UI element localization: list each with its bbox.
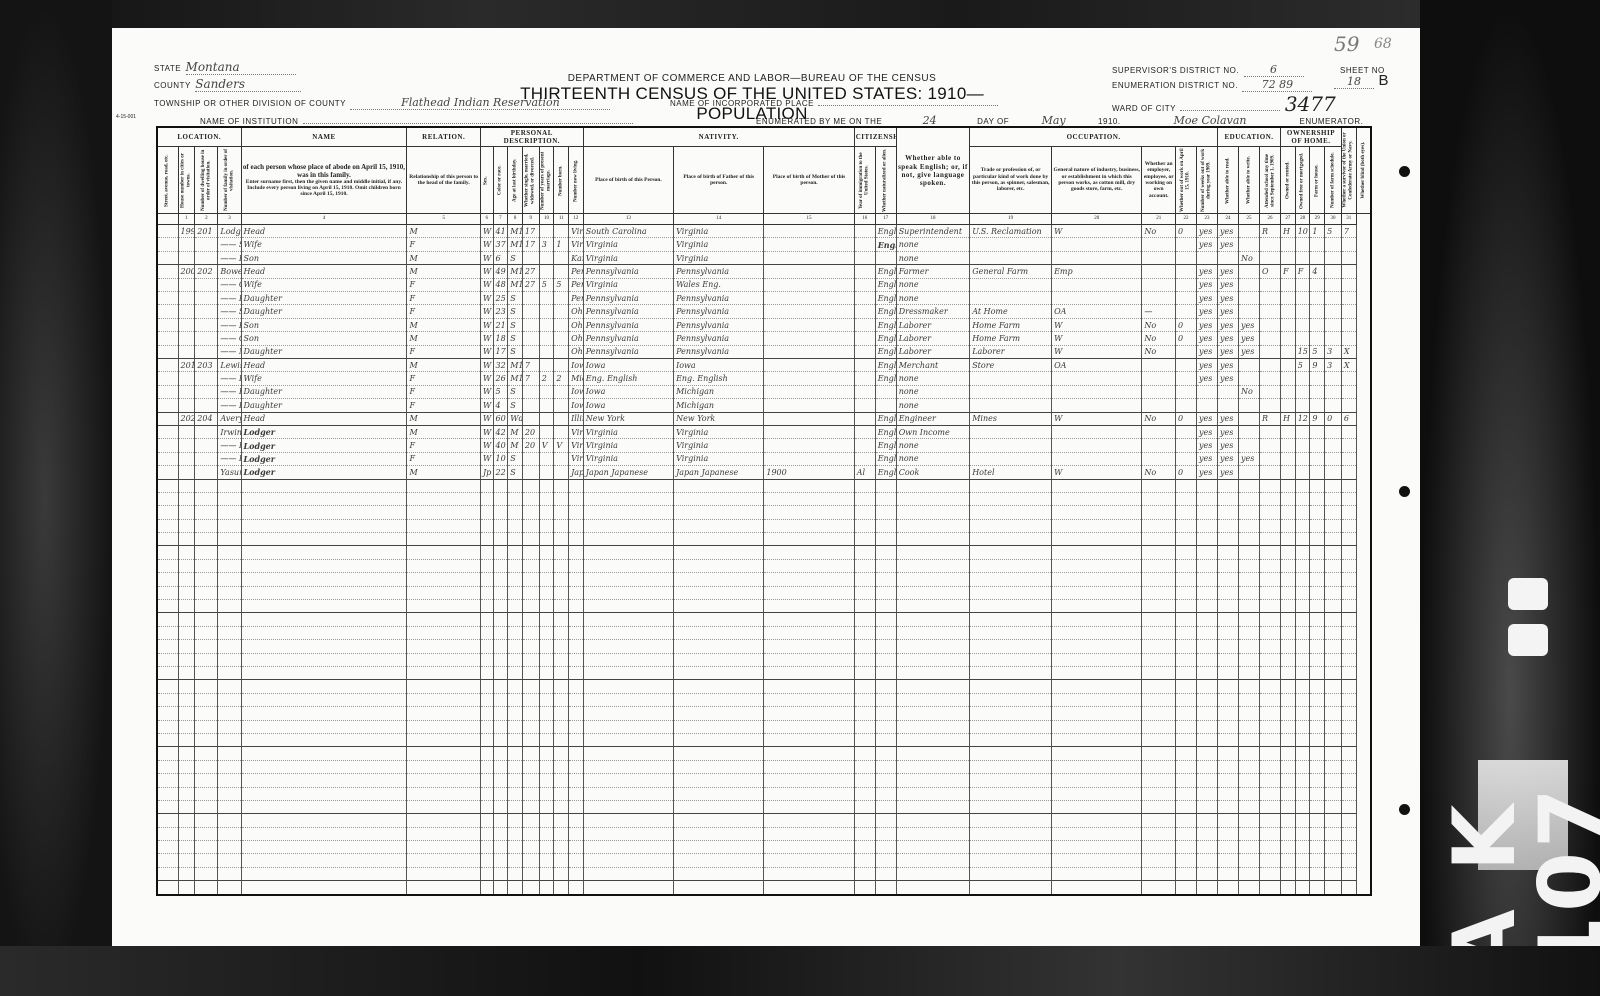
empty-cell bbox=[896, 479, 970, 492]
born-cell bbox=[539, 265, 554, 278]
empty-cell bbox=[1052, 613, 1142, 626]
empty-cell bbox=[583, 787, 673, 800]
farm-cell bbox=[1295, 305, 1310, 318]
own-cell bbox=[1260, 318, 1281, 331]
empty-cell bbox=[1175, 814, 1196, 827]
empty-cell bbox=[522, 854, 539, 867]
nat-cell bbox=[854, 439, 875, 452]
empty-cell bbox=[896, 881, 970, 895]
empty-cell bbox=[854, 867, 875, 880]
empty-cell bbox=[407, 492, 481, 505]
table-row: 62—— RoseWifeFW26M1722MichiganEng. Engli… bbox=[157, 372, 1371, 385]
living-cell bbox=[554, 332, 569, 345]
empty-cell bbox=[539, 854, 554, 867]
imm-cell bbox=[764, 318, 854, 331]
empty-cell bbox=[674, 800, 764, 813]
empty-cell bbox=[1142, 707, 1176, 720]
read-cell: yes bbox=[1196, 238, 1217, 251]
imm-cell bbox=[764, 399, 854, 412]
empty-cell bbox=[508, 680, 523, 693]
emp-cell bbox=[1052, 399, 1142, 412]
empty-cell bbox=[1218, 867, 1239, 880]
empty-cell bbox=[970, 733, 1052, 746]
empty-cell bbox=[554, 519, 569, 532]
empty-cell bbox=[195, 733, 218, 746]
relation-cell: Wife bbox=[241, 372, 407, 385]
empty-cell bbox=[407, 479, 481, 492]
empty-cell bbox=[539, 733, 554, 746]
ow-cell: — bbox=[1142, 305, 1176, 318]
empty-cell bbox=[1260, 600, 1281, 613]
years-cell bbox=[522, 318, 539, 331]
empty-cell bbox=[493, 720, 508, 733]
empty-row: 9393 bbox=[157, 787, 1371, 800]
empty-cell bbox=[1260, 519, 1281, 532]
relation-cell: Head bbox=[241, 412, 407, 425]
empty-cell bbox=[1196, 707, 1217, 720]
empty-cell bbox=[480, 506, 493, 519]
empty-cell: 71 bbox=[157, 492, 178, 505]
imm-cell bbox=[764, 452, 854, 465]
ow-cell bbox=[1142, 439, 1176, 452]
empty-cell bbox=[178, 707, 195, 720]
header-street: Street, avenue, road, etc. bbox=[157, 147, 178, 214]
write-cell: yes bbox=[1218, 466, 1239, 479]
header-employer: Whether an employer, employee, or workin… bbox=[1142, 147, 1176, 214]
empty-cell bbox=[195, 626, 218, 639]
farm-cell bbox=[1295, 278, 1310, 291]
empty-cell: 70 bbox=[1341, 479, 1356, 492]
lang-cell: English bbox=[875, 332, 896, 345]
father-cell: Pennsylvania bbox=[583, 345, 673, 358]
relation-cell: Daughter bbox=[241, 345, 407, 358]
nat-cell bbox=[854, 452, 875, 465]
empty-cell bbox=[1196, 680, 1217, 693]
read-cell: yes bbox=[1196, 359, 1217, 372]
emp-cell: W bbox=[1052, 345, 1142, 358]
header-relation: Relationship of this person to the head … bbox=[407, 147, 481, 214]
family-cell bbox=[195, 466, 218, 479]
empty-cell bbox=[1175, 479, 1196, 492]
empty-cell bbox=[1218, 533, 1239, 546]
living-cell: 2 bbox=[554, 372, 569, 385]
empty-cell bbox=[1052, 733, 1142, 746]
empty-cell bbox=[1175, 827, 1196, 840]
empty-cell bbox=[1196, 519, 1217, 532]
birth-cell: Japan Japanese bbox=[569, 466, 584, 479]
empty-cell bbox=[493, 653, 508, 666]
empty-cell bbox=[1295, 519, 1310, 532]
empty-cell: 72 bbox=[1341, 506, 1356, 519]
empty-cell bbox=[1325, 760, 1342, 773]
empty-cell bbox=[970, 693, 1052, 706]
race-cell: W bbox=[480, 345, 493, 358]
empty-cell bbox=[1175, 841, 1196, 854]
empty-row: 9696 bbox=[157, 827, 1371, 840]
empty-cell: 84 bbox=[1341, 666, 1356, 679]
empty-cell bbox=[854, 626, 875, 639]
empty-cell bbox=[407, 747, 481, 760]
marital-cell: S bbox=[508, 292, 523, 305]
empty-cell bbox=[896, 653, 970, 666]
write-cell: yes bbox=[1218, 452, 1239, 465]
years-cell bbox=[522, 345, 539, 358]
empty-cell bbox=[522, 787, 539, 800]
dwelling-cell bbox=[178, 318, 195, 331]
empty-cell bbox=[178, 533, 195, 546]
empty-cell bbox=[583, 613, 673, 626]
ow-cell bbox=[1142, 399, 1176, 412]
mother-cell: Virginia bbox=[674, 425, 764, 438]
empty-cell bbox=[854, 800, 875, 813]
empty-cell: 73 bbox=[157, 519, 178, 532]
years-cell: 20 bbox=[522, 439, 539, 452]
lang-cell: English bbox=[875, 345, 896, 358]
family-cell bbox=[195, 399, 218, 412]
group-location: LOCATION. bbox=[157, 127, 241, 147]
empty-cell bbox=[1239, 680, 1260, 693]
street-cell: 58 bbox=[157, 318, 178, 331]
years-cell: 27 bbox=[522, 278, 539, 291]
empty-cell bbox=[1281, 854, 1296, 867]
empty-cell bbox=[1142, 693, 1176, 706]
empty-cell bbox=[1239, 653, 1260, 666]
race-cell: W bbox=[480, 292, 493, 305]
mort-cell bbox=[1281, 305, 1296, 318]
relation-cell: Lodger bbox=[241, 439, 407, 452]
empty-cell bbox=[522, 506, 539, 519]
empty-cell bbox=[1281, 787, 1296, 800]
empty-cell bbox=[493, 814, 508, 827]
empty-cell bbox=[569, 774, 584, 787]
empty-cell: 82 bbox=[1341, 640, 1356, 653]
ow-cell bbox=[1142, 278, 1176, 291]
imm-cell bbox=[764, 305, 854, 318]
empty-cell bbox=[583, 626, 673, 639]
table-row: 69Yasunaga, Y.LodgerMJp22SJapan Japanese… bbox=[157, 466, 1371, 479]
empty-cell bbox=[508, 800, 523, 813]
empty-cell bbox=[1175, 533, 1196, 546]
empty-cell bbox=[1142, 814, 1176, 827]
industry-cell bbox=[970, 278, 1052, 291]
empty-cell bbox=[195, 613, 218, 626]
father-cell: Virginia bbox=[583, 251, 673, 264]
empty-cell bbox=[195, 506, 218, 519]
industry-cell: U.S. Reclamation bbox=[970, 225, 1052, 238]
header-blind: Whether blind (both eyes). bbox=[1356, 127, 1371, 214]
living-cell bbox=[554, 412, 569, 425]
empty-cell bbox=[569, 841, 584, 854]
column-number-row: 1234567891011121314151617181920212223242… bbox=[157, 214, 1371, 225]
empty-cell bbox=[218, 600, 241, 613]
header-industry: General nature of industry, business, or… bbox=[1052, 147, 1142, 214]
empty-cell bbox=[1260, 760, 1281, 773]
farm-cell bbox=[1295, 452, 1310, 465]
imm-cell bbox=[764, 251, 854, 264]
empty-cell bbox=[875, 867, 896, 880]
empty-cell bbox=[539, 479, 554, 492]
empty-cell bbox=[178, 586, 195, 599]
empty-cell bbox=[1142, 586, 1176, 599]
stamp-number: 59 bbox=[1334, 32, 1359, 56]
father-cell: Iowa bbox=[583, 385, 673, 398]
empty-cell bbox=[522, 774, 539, 787]
empty-cell bbox=[508, 733, 523, 746]
sched-cell: 1 bbox=[1310, 225, 1325, 238]
empty-cell bbox=[522, 680, 539, 693]
birth-cell: Pennsylvania bbox=[569, 292, 584, 305]
empty-cell bbox=[1260, 787, 1281, 800]
empty-cell bbox=[508, 760, 523, 773]
mort-cell bbox=[1281, 466, 1296, 479]
empty-cell bbox=[554, 559, 569, 572]
lang-cell: English bbox=[875, 425, 896, 438]
empty-cell bbox=[970, 519, 1052, 532]
empty-cell bbox=[1281, 533, 1296, 546]
empty-cell bbox=[569, 519, 584, 532]
empty-cell bbox=[1142, 774, 1176, 787]
empty-cell bbox=[1052, 666, 1142, 679]
empty-cell bbox=[508, 492, 523, 505]
empty-cell bbox=[1175, 760, 1196, 773]
empty-cell bbox=[583, 640, 673, 653]
mort-cell bbox=[1281, 439, 1296, 452]
empty-cell bbox=[583, 653, 673, 666]
empty-cell bbox=[1295, 814, 1310, 827]
empty-cell bbox=[875, 760, 896, 773]
empty-cell bbox=[1295, 854, 1310, 867]
relation-cell: Daughter bbox=[241, 305, 407, 318]
column-number: 26 bbox=[1260, 214, 1281, 225]
vet-cell bbox=[1325, 292, 1342, 305]
father-cell: Pennsylvania bbox=[583, 265, 673, 278]
blind-cell: 66 bbox=[1341, 425, 1356, 438]
empty-cell bbox=[1175, 720, 1196, 733]
empty-cell bbox=[195, 546, 218, 559]
empty-cell bbox=[407, 800, 481, 813]
sched-cell bbox=[1310, 318, 1325, 331]
empty-row: 7171 bbox=[157, 492, 1371, 505]
header-immigration: Year of immigration to the United States… bbox=[854, 147, 875, 214]
empty-cell bbox=[539, 814, 554, 827]
empty-cell bbox=[1239, 827, 1260, 840]
nat-cell: Al bbox=[854, 466, 875, 479]
empty-cell bbox=[854, 720, 875, 733]
wk-cell: 0 bbox=[1175, 332, 1196, 345]
birth-cell: Virginia bbox=[569, 425, 584, 438]
school-cell bbox=[1239, 466, 1260, 479]
born-cell bbox=[539, 251, 554, 264]
empty-cell bbox=[569, 600, 584, 613]
empty-cell bbox=[1310, 653, 1325, 666]
empty-cell bbox=[1260, 747, 1281, 760]
empty-cell bbox=[1052, 787, 1142, 800]
empty-cell bbox=[407, 533, 481, 546]
column-number: 12 bbox=[569, 214, 584, 225]
write-cell: yes bbox=[1218, 345, 1239, 358]
empty-cell bbox=[674, 533, 764, 546]
birth-cell: Pennsylvania bbox=[569, 265, 584, 278]
dwelling-cell bbox=[178, 372, 195, 385]
department-heading: DEPARTMENT OF COMMERCE AND LABOR—BUREAU … bbox=[472, 73, 1032, 84]
farm-cell: F bbox=[1295, 265, 1310, 278]
born-cell bbox=[539, 359, 554, 372]
empty-cell bbox=[1175, 653, 1196, 666]
emp-cell bbox=[1052, 292, 1142, 305]
empty-cell bbox=[569, 881, 584, 895]
empty-cell bbox=[480, 519, 493, 532]
header-years-married: Number of years of present marriage. bbox=[539, 147, 554, 214]
empty-cell bbox=[522, 492, 539, 505]
column-number bbox=[157, 214, 178, 225]
empty-cell bbox=[1310, 774, 1325, 787]
dwelling-cell: 201 bbox=[178, 359, 195, 372]
father-cell: Virginia bbox=[583, 439, 673, 452]
empty-cell bbox=[1142, 573, 1176, 586]
industry-cell bbox=[970, 292, 1052, 305]
county-field: County Sanders bbox=[154, 75, 301, 93]
empty-cell bbox=[480, 640, 493, 653]
empty-cell bbox=[493, 733, 508, 746]
empty-cell bbox=[508, 827, 523, 840]
blind-cell: 59 bbox=[1341, 332, 1356, 345]
empty-cell bbox=[195, 854, 218, 867]
empty-cell bbox=[1175, 492, 1196, 505]
empty-cell bbox=[970, 827, 1052, 840]
empty-cell bbox=[508, 653, 523, 666]
empty-cell bbox=[1052, 559, 1142, 572]
imm-cell bbox=[764, 238, 854, 251]
name-cell: —— Benj. bbox=[218, 251, 241, 264]
empty-cell bbox=[1310, 573, 1325, 586]
empty-cell bbox=[1281, 666, 1296, 679]
dwelling-cell bbox=[178, 439, 195, 452]
read-cell: yes bbox=[1196, 425, 1217, 438]
write-cell: yes bbox=[1218, 225, 1239, 238]
empty-cell bbox=[1218, 680, 1239, 693]
father-cell: Virginia bbox=[583, 425, 673, 438]
empty-cell bbox=[1281, 546, 1296, 559]
own-cell bbox=[1260, 452, 1281, 465]
empty-cell bbox=[1281, 733, 1296, 746]
write-cell bbox=[1218, 399, 1239, 412]
enumerator-label: Enumerator. bbox=[1299, 117, 1363, 126]
empty-cell bbox=[1295, 707, 1310, 720]
empty-cell bbox=[875, 613, 896, 626]
race-cell: W bbox=[480, 278, 493, 291]
empty-cell bbox=[1310, 600, 1325, 613]
empty-cell bbox=[554, 680, 569, 693]
empty-cell bbox=[195, 653, 218, 666]
empty-cell bbox=[1218, 800, 1239, 813]
industry-cell bbox=[970, 452, 1052, 465]
born-cell bbox=[539, 385, 554, 398]
empty-cell bbox=[1218, 626, 1239, 639]
own-cell bbox=[1260, 305, 1281, 318]
empty-cell bbox=[1239, 546, 1260, 559]
empty-cell bbox=[1239, 867, 1260, 880]
empty-cell bbox=[407, 653, 481, 666]
empty-cell bbox=[896, 827, 970, 840]
sex-cell: F bbox=[407, 372, 481, 385]
trade-cell: none bbox=[896, 452, 970, 465]
empty-cell bbox=[1295, 546, 1310, 559]
father-cell: New York bbox=[583, 412, 673, 425]
empty-cell bbox=[674, 626, 764, 639]
empty-cell: 84 bbox=[157, 666, 178, 679]
incorporated-place-label: Name of incorporated place bbox=[670, 99, 814, 108]
empty-cell: 90 bbox=[157, 747, 178, 760]
dwelling-cell bbox=[178, 238, 195, 251]
race-cell: W bbox=[480, 225, 493, 238]
empty-cell bbox=[218, 841, 241, 854]
read-cell: yes bbox=[1196, 225, 1217, 238]
age-cell: 42 bbox=[493, 425, 508, 438]
empty-cell bbox=[480, 747, 493, 760]
empty-cell bbox=[896, 626, 970, 639]
empty-cell bbox=[674, 680, 764, 693]
header-birth-person: Place of birth of this Person. bbox=[583, 147, 673, 214]
empty-cell bbox=[1295, 760, 1310, 773]
empty-cell bbox=[1142, 519, 1176, 532]
own-cell bbox=[1260, 439, 1281, 452]
column-number: 8 bbox=[508, 214, 523, 225]
empty-cell bbox=[480, 653, 493, 666]
wk-cell: 0 bbox=[1175, 466, 1196, 479]
born-cell bbox=[539, 452, 554, 465]
empty-cell bbox=[896, 519, 970, 532]
street-cell: 57 bbox=[157, 305, 178, 318]
empty-cell bbox=[493, 760, 508, 773]
empty-cell bbox=[1218, 519, 1239, 532]
group-citizenship: CITIZENSHIP. bbox=[854, 127, 896, 147]
blind-cell: 52 bbox=[1341, 238, 1356, 251]
dwelling-cell bbox=[178, 466, 195, 479]
empty-cell bbox=[480, 573, 493, 586]
empty-cell bbox=[480, 854, 493, 867]
wk-cell bbox=[1175, 359, 1196, 372]
empty-cell bbox=[1260, 626, 1281, 639]
empty-cell bbox=[875, 693, 896, 706]
empty-cell bbox=[493, 613, 508, 626]
years-cell: 20 bbox=[522, 425, 539, 438]
marital-cell: S bbox=[508, 345, 523, 358]
column-number: 6 bbox=[480, 214, 493, 225]
dwelling-cell bbox=[178, 385, 195, 398]
vet-cell bbox=[1325, 318, 1342, 331]
empty-cell bbox=[875, 881, 896, 895]
empty-cell bbox=[1295, 747, 1310, 760]
empty-cell bbox=[178, 774, 195, 787]
empty-cell bbox=[522, 827, 539, 840]
empty-cell bbox=[241, 814, 407, 827]
empty-cell bbox=[1052, 680, 1142, 693]
dwelling-cell bbox=[178, 278, 195, 291]
empty-cell bbox=[1325, 693, 1342, 706]
empty-cell bbox=[1295, 506, 1310, 519]
empty-cell bbox=[178, 506, 195, 519]
years-cell bbox=[522, 332, 539, 345]
empty-cell bbox=[569, 586, 584, 599]
empty-cell bbox=[1325, 479, 1342, 492]
empty-cell bbox=[241, 881, 407, 895]
empty-cell bbox=[674, 760, 764, 773]
born-cell bbox=[539, 412, 554, 425]
group-ownership: OWNERSHIP OF HOME. bbox=[1281, 127, 1342, 147]
table-row: 60—— MargaretDaughterFW17SOhioPennsylvan… bbox=[157, 345, 1371, 358]
born-cell: V bbox=[539, 439, 554, 452]
race-cell: W bbox=[480, 238, 493, 251]
